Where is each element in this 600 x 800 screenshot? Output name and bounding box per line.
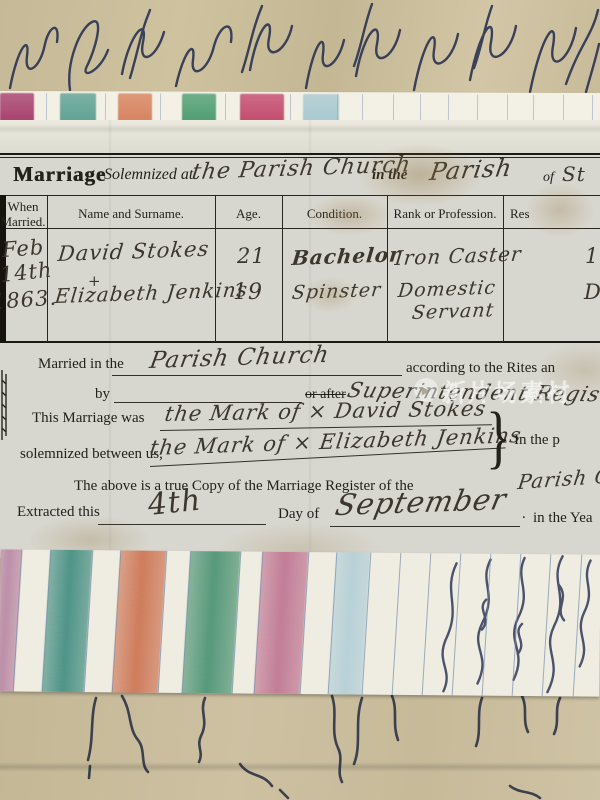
band-divider <box>46 93 47 122</box>
ruled-line <box>392 553 402 695</box>
left-border-ornament <box>0 370 10 440</box>
band-divider <box>225 94 226 123</box>
title-solemnized-at: Solemnized at <box>104 166 193 184</box>
band-shadow <box>0 124 600 134</box>
period-mark: . <box>522 506 526 523</box>
band-divider <box>362 94 363 123</box>
bride-profession-line2: Servant <box>411 299 496 324</box>
when-married-day: 14th <box>0 258 54 287</box>
groom-name: David Stokes <box>57 237 211 266</box>
letter-paper-top <box>0 0 600 96</box>
band-divider <box>105 93 106 122</box>
col-header-age: Age. <box>215 206 282 221</box>
table-top-line <box>0 195 600 196</box>
in-the-presence-text: In the p <box>514 432 560 449</box>
cursive-handwriting-bottom-icon <box>0 694 600 800</box>
watercolor-swatch-top-4 <box>240 94 284 123</box>
day-of-underline <box>330 526 520 527</box>
band-divider <box>337 94 338 123</box>
play-circle-icon: ▶ <box>414 378 438 402</box>
watercolor-swatch-top-0 <box>0 93 34 122</box>
watercolor-swatch-top-1 <box>60 93 96 122</box>
in-the-year-label: in the Yea <box>533 510 593 527</box>
groom-condition: Bachelor <box>291 242 402 270</box>
col-divider-5 <box>503 195 504 342</box>
watercolor-swatch-bottom-3 <box>181 549 240 696</box>
cursive-handwriting-top-icon <box>0 0 600 96</box>
watercolor-stripe-band-bottom <box>0 549 600 696</box>
by-label: by <box>95 386 110 403</box>
title-in-the: in the <box>372 167 407 184</box>
married-in-underline <box>112 375 402 376</box>
title-of-handwritten: St <box>562 162 586 186</box>
between-us-label: solemnized between us, <box>20 446 163 463</box>
title-marriage: Marriage <box>13 162 106 187</box>
day-of-label: Day of <box>278 506 319 523</box>
col-header-profession: Rank or Profession. <box>387 206 503 221</box>
day-of-value: September <box>332 482 510 522</box>
stock-watermark: ▶ 新片场素材 <box>414 372 584 408</box>
groom-age: 21 <box>237 244 266 268</box>
extracted-day-value: 4th <box>146 483 203 523</box>
watercolor-swatch-top-3 <box>182 94 216 123</box>
band-divider <box>290 94 291 123</box>
married-in-value: Parish Church <box>148 342 332 374</box>
watercolor-swatch-top-5 <box>303 94 339 123</box>
photo-of-marriage-certificate: Marriage Solemnized at the Parish Church… <box>0 0 600 800</box>
when-married-year: 1863. <box>0 285 58 313</box>
watercolor-swatch-bottom-5 <box>327 549 370 696</box>
bride-residence-partial: D <box>584 280 600 304</box>
this-marriage-was-label: This Marriage was <box>32 410 144 427</box>
extracted-underline <box>98 524 266 525</box>
header-bottom-line <box>0 228 600 229</box>
marriage-certificate: Marriage Solemnized at the Parish Church… <box>0 120 600 558</box>
title-parish-handwritten: Parish <box>428 154 515 187</box>
letter-paper-bottom <box>0 694 600 800</box>
col-header-when-married: When Married. <box>0 199 52 229</box>
title-of: of <box>543 170 554 186</box>
col-header-name: Name and Surname. <box>47 206 215 221</box>
watercolor-swatch-top-2 <box>118 93 152 122</box>
paper-crease <box>0 762 600 772</box>
married-in-label: Married in the <box>38 356 124 373</box>
extracted-label: Extracted this <box>17 504 100 521</box>
groom-profession: Iron Caster <box>394 242 523 271</box>
brace-glyph: } <box>486 398 511 478</box>
bride-condition: Spinster <box>291 279 382 304</box>
band-divider <box>160 94 161 123</box>
bride-age: 19 <box>233 280 263 305</box>
band-divider <box>393 94 394 123</box>
col-header-residence: Res <box>510 206 600 221</box>
watermark-text: 新片场素材 <box>442 373 572 408</box>
bride-name: Elizabeth Jenkins <box>54 277 250 308</box>
groom-residence-partial: 1 <box>585 244 599 268</box>
col-header-condition: Condition. <box>282 206 387 221</box>
bride-profession-line1: Domestic <box>397 277 497 303</box>
true-copy-value: Parish Church of a <box>516 455 600 494</box>
